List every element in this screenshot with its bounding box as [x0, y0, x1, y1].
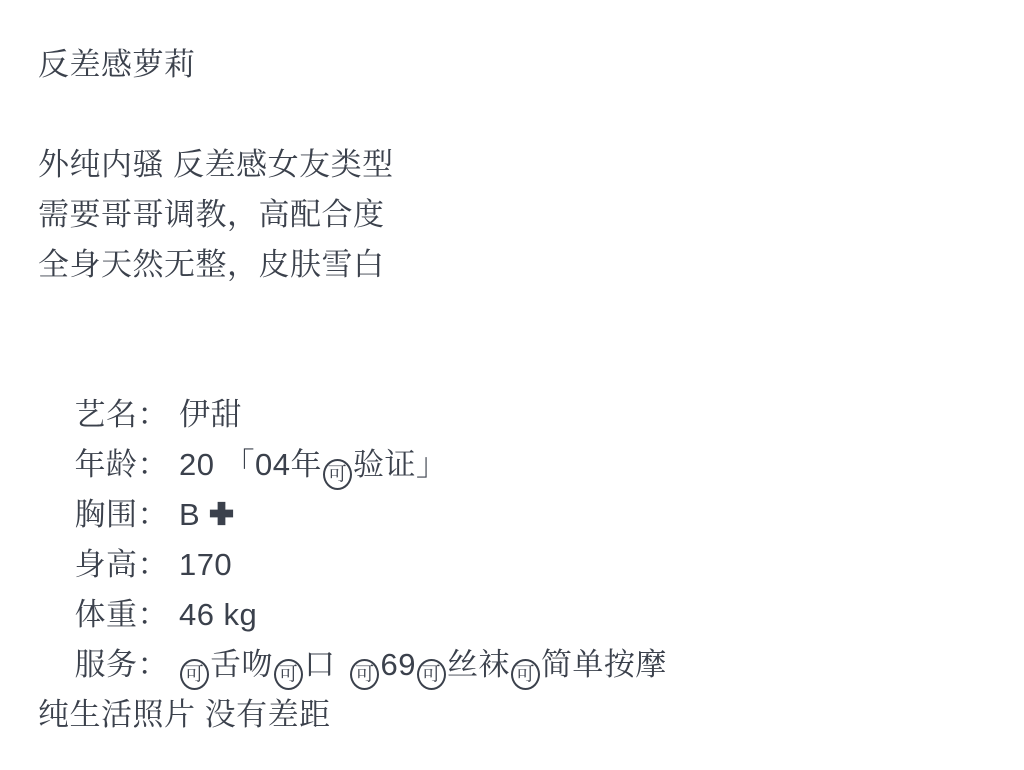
- stage-name-label: 艺名：: [74, 390, 169, 440]
- service-name: 69: [380, 647, 415, 682]
- circled-ke-icon: 可: [417, 659, 446, 690]
- blank-line: [38, 90, 1004, 140]
- circled-ke-icon: 可: [323, 459, 352, 490]
- plus-icon: [207, 499, 236, 528]
- footer-line: 纯生活照片 没有差距: [38, 690, 1004, 740]
- bust-label: 胸围：: [74, 490, 169, 540]
- age-value-suffix: 验证」: [353, 447, 448, 482]
- service-name: 简单按摩: [541, 647, 667, 682]
- weight-value: 46 kg: [179, 597, 257, 632]
- circled-ke-glyph: 可: [422, 665, 442, 684]
- service-item: 可69: [349, 647, 415, 682]
- service-name: 丝袜: [447, 647, 510, 682]
- circled-ke-icon: 可: [180, 659, 209, 690]
- service-item: 可丝袜: [416, 647, 510, 682]
- circled-ke-glyph: 可: [328, 465, 348, 484]
- intro-line-2: 需要哥哥调教，高配合度: [38, 190, 1004, 240]
- intro-line-1: 外纯内骚 反差感女友类型: [38, 140, 1004, 190]
- circled-ke-glyph: 可: [516, 665, 536, 684]
- weight-label: 体重：: [74, 590, 169, 640]
- circled-ke-icon: 可: [511, 659, 540, 690]
- service-item: 可口: [273, 647, 336, 682]
- circled-ke-glyph: 可: [355, 665, 375, 684]
- height-label: 身高：: [74, 540, 169, 590]
- service-item: 可舌吻: [179, 647, 273, 682]
- service-item: 可简单按摩: [510, 647, 667, 682]
- blank-line: [38, 290, 1004, 340]
- circled-ke-icon: 可: [350, 659, 379, 690]
- service-name: 口: [304, 647, 336, 682]
- page-title: 反差感萝莉: [38, 40, 1004, 90]
- age-value: 20 「04年可验证」: [179, 447, 448, 482]
- services-value: 可舌吻可口可69可丝袜可简单按摩: [179, 647, 667, 682]
- service-name: 舌吻: [210, 647, 273, 682]
- services-label: 服务：: [74, 640, 169, 690]
- stage-name-value: 伊甜: [179, 397, 242, 432]
- intro-line-3: 全身天然无整，皮肤雪白: [38, 240, 1004, 290]
- age-label: 年龄：: [74, 440, 169, 490]
- bust-value-text: B: [179, 497, 200, 532]
- profile-row-stage-name: 艺名：伊甜: [38, 340, 1004, 390]
- bust-value: B: [179, 497, 236, 532]
- circled-ke-glyph: 可: [185, 665, 205, 684]
- age-value-prefix: 20 「04年: [179, 447, 322, 482]
- circled-ke-icon: 可: [274, 659, 303, 690]
- text-content-page: 反差感萝莉 外纯内骚 反差感女友类型 需要哥哥调教，高配合度 全身天然无整，皮肤…: [0, 0, 1024, 770]
- height-value: 170: [179, 547, 232, 582]
- circled-ke-glyph: 可: [279, 665, 299, 684]
